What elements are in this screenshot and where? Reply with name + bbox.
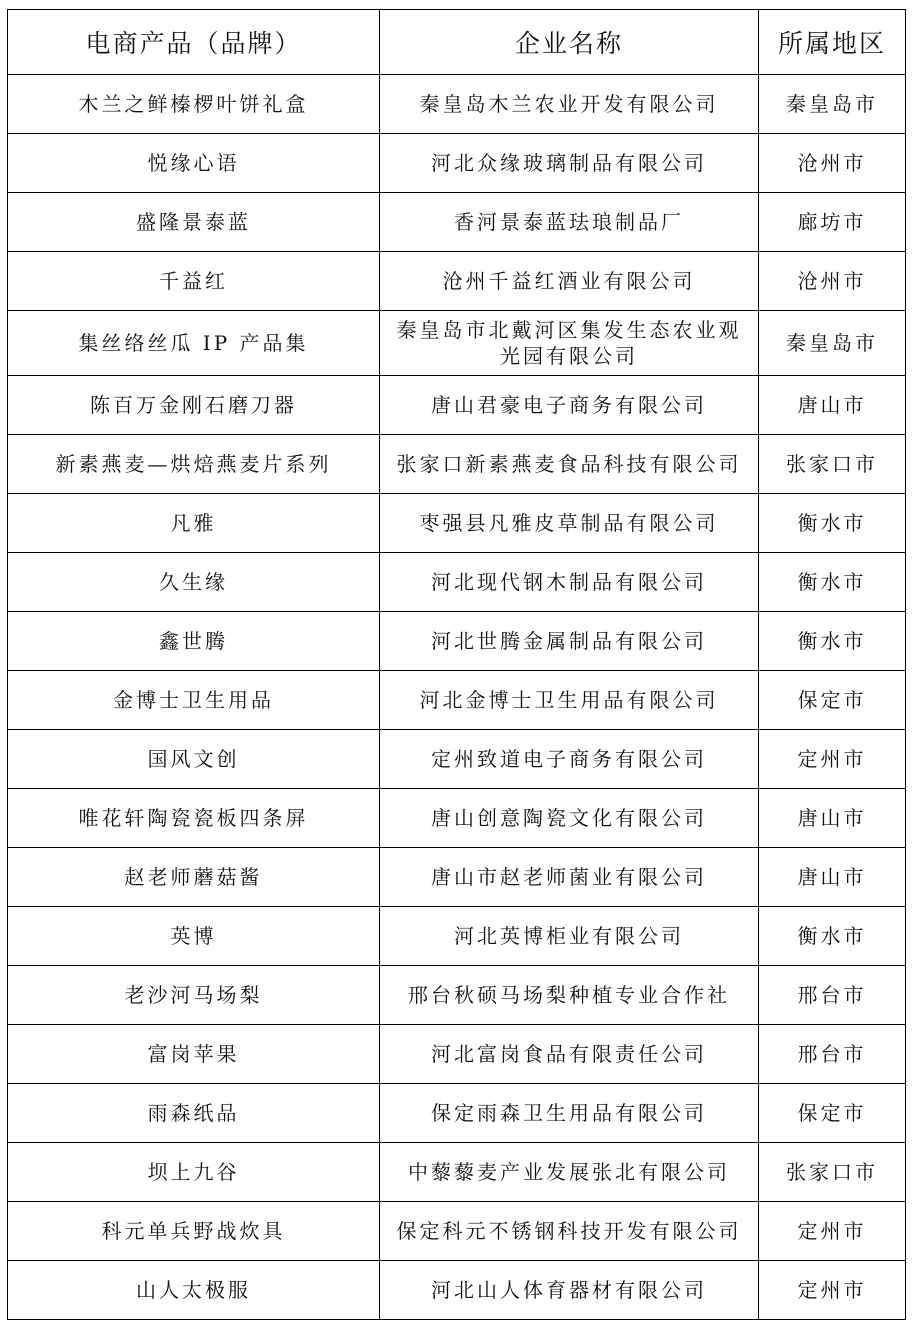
region-cell: 沧州市	[759, 134, 906, 193]
product-cell: 唯花轩陶瓷瓷板四条屏	[8, 789, 380, 848]
company-cell: 张家口新素燕麦食品科技有限公司	[380, 435, 759, 494]
product-cell: 雨森纸品	[8, 1084, 380, 1143]
company-cell: 保定雨森卫生用品有限公司	[380, 1084, 759, 1143]
product-cell: 盛隆景泰蓝	[8, 193, 380, 252]
table-row: 金博士卫生用品 河北金博士卫生用品有限公司 保定市	[8, 671, 906, 730]
region-cell: 衡水市	[759, 494, 906, 553]
product-cell: 英博	[8, 907, 380, 966]
company-cell: 河北富岗食品有限责任公司	[380, 1025, 759, 1084]
company-cell: 河北山人体育器材有限公司	[380, 1261, 759, 1320]
product-cell: 悦缘心语	[8, 134, 380, 193]
company-cell: 香河景泰蓝珐琅制品厂	[380, 193, 759, 252]
product-cell: 鑫世腾	[8, 612, 380, 671]
company-cell: 河北现代钢木制品有限公司	[380, 553, 759, 612]
table-row: 盛隆景泰蓝 香河景泰蓝珐琅制品厂 廊坊市	[8, 193, 906, 252]
table-row: 鑫世腾 河北世腾金属制品有限公司 衡水市	[8, 612, 906, 671]
table-header-row: 电商产品（品牌） 企业名称 所属地区	[8, 10, 906, 75]
product-cell: 赵老师蘑菇酱	[8, 848, 380, 907]
product-cell: 千益红	[8, 252, 380, 311]
company-cell: 定州致道电子商务有限公司	[380, 730, 759, 789]
region-cell: 张家口市	[759, 1143, 906, 1202]
company-cell: 中藜藜麦产业发展张北有限公司	[380, 1143, 759, 1202]
region-cell: 衡水市	[759, 553, 906, 612]
region-cell: 衡水市	[759, 612, 906, 671]
company-cell: 唐山市赵老师菌业有限公司	[380, 848, 759, 907]
table-row: 新素燕麦—烘焙燕麦片系列 张家口新素燕麦食品科技有限公司 张家口市	[8, 435, 906, 494]
region-cell: 邢台市	[759, 966, 906, 1025]
product-cell: 富岗苹果	[8, 1025, 380, 1084]
header-region: 所属地区	[759, 10, 906, 75]
product-cell: 国风文创	[8, 730, 380, 789]
company-cell: 河北英博柜业有限公司	[380, 907, 759, 966]
table-row: 悦缘心语 河北众缘玻璃制品有限公司 沧州市	[8, 134, 906, 193]
company-cell: 秦皇岛木兰农业开发有限公司	[380, 75, 759, 134]
region-cell: 秦皇岛市	[759, 75, 906, 134]
region-cell: 保定市	[759, 671, 906, 730]
company-cell: 唐山君豪电子商务有限公司	[380, 376, 759, 435]
company-cell: 沧州千益红酒业有限公司	[380, 252, 759, 311]
region-cell: 衡水市	[759, 907, 906, 966]
product-cell: 陈百万金刚石磨刀器	[8, 376, 380, 435]
company-cell: 河北世腾金属制品有限公司	[380, 612, 759, 671]
region-cell: 唐山市	[759, 848, 906, 907]
company-cell: 河北众缘玻璃制品有限公司	[380, 134, 759, 193]
product-cell: 金博士卫生用品	[8, 671, 380, 730]
table-row: 富岗苹果 河北富岗食品有限责任公司 邢台市	[8, 1025, 906, 1084]
product-cell: 坝上九谷	[8, 1143, 380, 1202]
header-company: 企业名称	[380, 10, 759, 75]
region-cell: 沧州市	[759, 252, 906, 311]
product-cell: 集丝络丝瓜 IP 产品集	[8, 311, 380, 376]
table-row: 坝上九谷 中藜藜麦产业发展张北有限公司 张家口市	[8, 1143, 906, 1202]
header-product: 电商产品（品牌）	[8, 10, 380, 75]
table-row: 陈百万金刚石磨刀器 唐山君豪电子商务有限公司 唐山市	[8, 376, 906, 435]
region-cell: 邢台市	[759, 1025, 906, 1084]
region-cell: 张家口市	[759, 435, 906, 494]
table-row: 凡雅 枣强县凡雅皮草制品有限公司 衡水市	[8, 494, 906, 553]
table-row: 国风文创 定州致道电子商务有限公司 定州市	[8, 730, 906, 789]
company-cell: 邢台秋硕马场梨种植专业合作社	[380, 966, 759, 1025]
region-cell: 廊坊市	[759, 193, 906, 252]
product-cell: 新素燕麦—烘焙燕麦片系列	[8, 435, 380, 494]
table-row: 科元单兵野战炊具 保定科元不锈钢科技开发有限公司 定州市	[8, 1202, 906, 1261]
region-cell: 定州市	[759, 1261, 906, 1320]
company-cell: 枣强县凡雅皮草制品有限公司	[380, 494, 759, 553]
region-cell: 定州市	[759, 1202, 906, 1261]
company-cell: 秦皇岛市北戴河区集发生态农业观光园有限公司	[380, 311, 759, 376]
product-cell: 老沙河马场梨	[8, 966, 380, 1025]
table-row: 赵老师蘑菇酱 唐山市赵老师菌业有限公司 唐山市	[8, 848, 906, 907]
table-row: 集丝络丝瓜 IP 产品集 秦皇岛市北戴河区集发生态农业观光园有限公司 秦皇岛市	[8, 311, 906, 376]
table-row: 久生缘 河北现代钢木制品有限公司 衡水市	[8, 553, 906, 612]
table-row: 雨森纸品 保定雨森卫生用品有限公司 保定市	[8, 1084, 906, 1143]
product-cell: 科元单兵野战炊具	[8, 1202, 380, 1261]
region-cell: 唐山市	[759, 376, 906, 435]
table-row: 山人太极服 河北山人体育器材有限公司 定州市	[8, 1261, 906, 1320]
table-row: 英博 河北英博柜业有限公司 衡水市	[8, 907, 906, 966]
table-row: 老沙河马场梨 邢台秋硕马场梨种植专业合作社 邢台市	[8, 966, 906, 1025]
company-cell: 河北金博士卫生用品有限公司	[380, 671, 759, 730]
brand-table: 电商产品（品牌） 企业名称 所属地区 木兰之鲜榛椤叶饼礼盒 秦皇岛木兰农业开发有…	[7, 9, 906, 1320]
product-cell: 凡雅	[8, 494, 380, 553]
company-cell: 保定科元不锈钢科技开发有限公司	[380, 1202, 759, 1261]
region-cell: 唐山市	[759, 789, 906, 848]
product-cell: 久生缘	[8, 553, 380, 612]
product-cell: 山人太极服	[8, 1261, 380, 1320]
table-row: 木兰之鲜榛椤叶饼礼盒 秦皇岛木兰农业开发有限公司 秦皇岛市	[8, 75, 906, 134]
table-row: 千益红 沧州千益红酒业有限公司 沧州市	[8, 252, 906, 311]
product-cell: 木兰之鲜榛椤叶饼礼盒	[8, 75, 380, 134]
region-cell: 定州市	[759, 730, 906, 789]
table-row: 唯花轩陶瓷瓷板四条屏 唐山创意陶瓷文化有限公司 唐山市	[8, 789, 906, 848]
region-cell: 保定市	[759, 1084, 906, 1143]
company-cell: 唐山创意陶瓷文化有限公司	[380, 789, 759, 848]
region-cell: 秦皇岛市	[759, 311, 906, 376]
